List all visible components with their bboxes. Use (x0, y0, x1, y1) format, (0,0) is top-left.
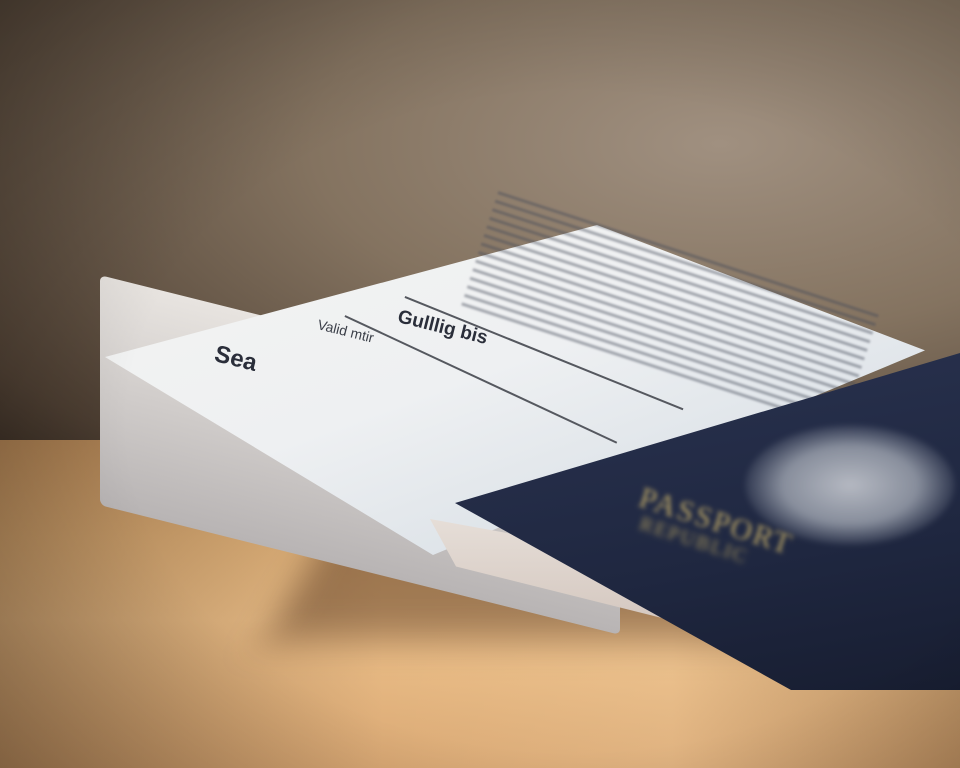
photo-vignette (0, 0, 960, 768)
